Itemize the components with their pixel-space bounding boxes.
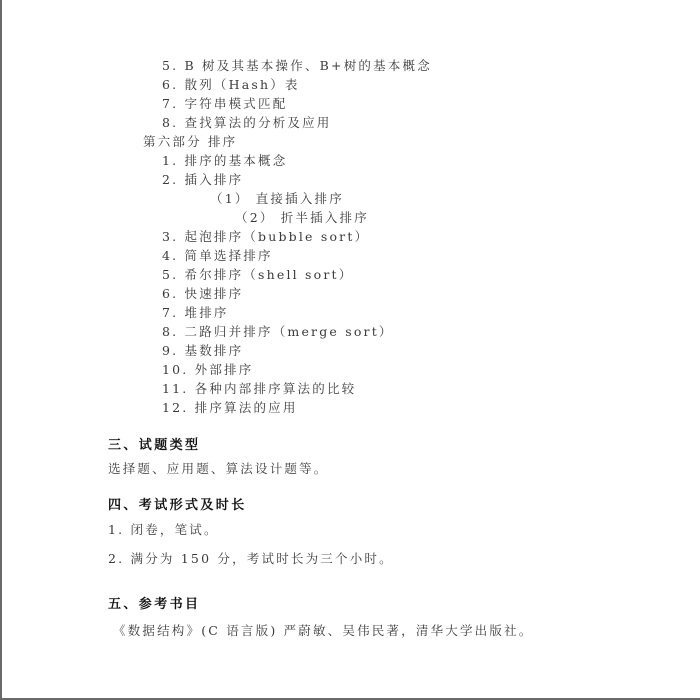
list-item-heap-sort: 7. 堆排序	[162, 305, 229, 321]
heading-exam-format: 四、考试形式及时长	[108, 498, 247, 514]
list-item-sort-applications: 12. 排序算法的应用	[162, 400, 298, 416]
list-item-insertion-sort: 2. 插入排序	[162, 172, 243, 188]
list-item-search-analysis: 8. 查找算法的分析及应用	[162, 115, 332, 131]
reference-book: 《数据结构》(C 语言版) 严蔚敏、吴伟民著，清华大学出版社。	[113, 623, 533, 639]
list-item-external-sort: 10. 外部排序	[162, 362, 253, 378]
list-item-b-tree: 5. B 树及其基本操作、B+树的基本概念	[162, 58, 432, 74]
list-item-merge-sort: 8. 二路归并排序（merge sort）	[162, 324, 394, 340]
list-item-direct-insertion: （1） 直接插入排序	[210, 191, 344, 207]
list-item-bubble-sort: 3. 起泡排序（bubble sort）	[162, 229, 369, 245]
list-item-quick-sort: 6. 快速排序	[162, 286, 243, 302]
document-page: 5. B 树及其基本操作、B+树的基本概念 6. 散列（Hash）表 7. 字符…	[0, 0, 700, 700]
list-item-binary-insertion: （2） 折半插入排序	[235, 210, 369, 226]
heading-references: 五、参考书目	[108, 597, 200, 613]
list-item-string-matching: 7. 字符串模式匹配	[162, 96, 287, 112]
list-item-selection-sort: 4. 简单选择排序	[162, 248, 273, 264]
exam-format-item-1: 1. 闭卷，笔试。	[108, 522, 219, 538]
section-title-sorting: 第六部分 排序	[143, 134, 237, 150]
exam-format-item-2: 2. 满分为 150 分，考试时长为三个小时。	[108, 551, 394, 567]
question-types-text: 选择题、应用题、算法设计题等。	[108, 461, 329, 477]
list-item-shell-sort: 5. 希尔排序（shell sort）	[162, 267, 353, 283]
heading-question-types: 三、试题类型	[108, 438, 200, 454]
list-item-radix-sort: 9. 基数排序	[162, 343, 243, 359]
list-item-sort-comparison: 11. 各种内部排序算法的比较	[162, 381, 356, 397]
list-item-hash-table: 6. 散列（Hash）表	[162, 77, 300, 93]
list-item-sort-concepts: 1. 排序的基本概念	[162, 153, 287, 169]
